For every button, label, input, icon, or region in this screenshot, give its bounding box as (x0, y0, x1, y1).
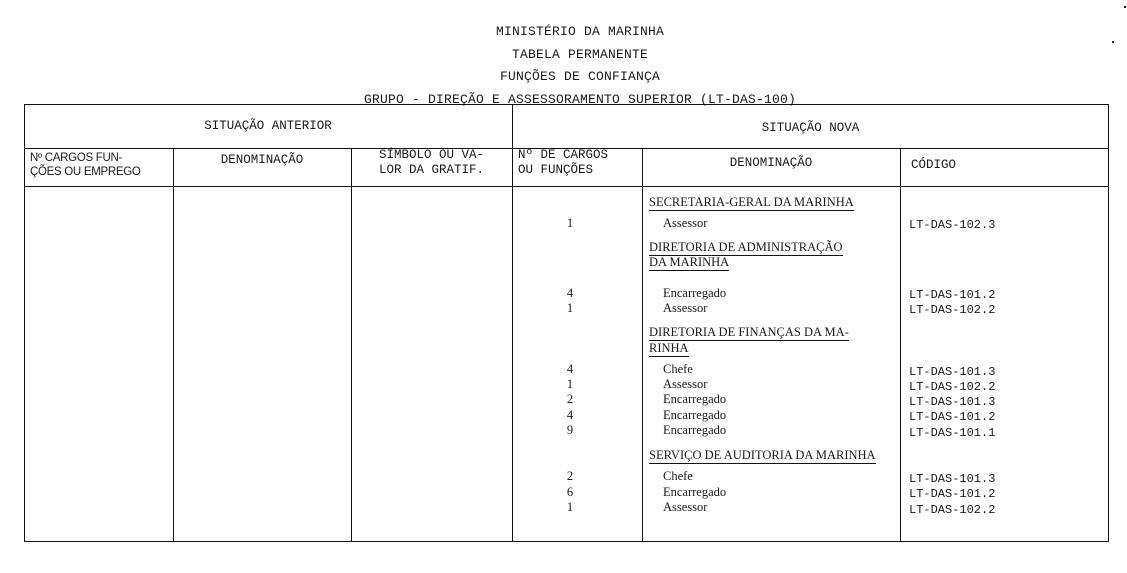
scan-mark (1112, 41, 1114, 43)
column-header-divider (24, 186, 1109, 187)
row-code: LT-DAS-101.2 (909, 410, 995, 426)
functions-title: FUNÇÕES DE CONFIANÇA (0, 66, 1127, 89)
row-role: Encarregado (663, 408, 726, 424)
row-count: 1 (555, 216, 585, 232)
col-header-anterior-denominacao: DENOMINAÇÃO (173, 153, 351, 168)
column-divider (900, 148, 901, 542)
org-heading: SERVIÇO DE AUDITORIA DA MARINHA (649, 448, 876, 464)
row-role: Encarregado (663, 392, 726, 408)
document-header: MINISTÉRIO DA MARINHA TABELA PERMANENTE … (0, 21, 1127, 111)
row-code: LT-DAS-101.2 (909, 288, 995, 304)
column-divider (351, 148, 352, 542)
row-count: 1 (555, 500, 585, 516)
row-role: Encarregado (663, 286, 726, 302)
row-role: Encarregado (663, 485, 726, 501)
row-code: LT-DAS-101.3 (909, 472, 995, 488)
row-count: 4 (555, 362, 585, 378)
col-header-anterior-simbolo: SÍMBOLO OU VA- LOR DA GRATIF. (351, 148, 512, 178)
row-role: Chefe (663, 362, 693, 378)
row-code: LT-DAS-101.2 (909, 487, 995, 503)
row-count: 1 (555, 377, 585, 393)
column-divider (642, 148, 643, 542)
row-code: LT-DAS-101.3 (909, 365, 995, 381)
org-heading: DIRETORIA DE ADMINISTRAÇÃO DA MARINHA (649, 240, 843, 271)
row-count: 2 (555, 469, 585, 485)
row-role: Assessor (663, 377, 707, 393)
row-count: 1 (555, 301, 585, 317)
column-divider (512, 104, 513, 542)
row-code: LT-DAS-102.3 (909, 218, 995, 234)
ministry-title: MINISTÉRIO DA MARINHA (0, 21, 1127, 44)
org-heading: SECRETARIA-GERAL DA MARINHA (649, 195, 854, 211)
row-code: LT-DAS-102.2 (909, 380, 995, 396)
row-count: 4 (555, 408, 585, 424)
row-code: LT-DAS-102.2 (909, 303, 995, 319)
row-code: LT-DAS-101.3 (909, 395, 995, 411)
row-role: Assessor (663, 500, 707, 516)
situacao-anterior-title: SITUAÇÃO ANTERIOR (24, 119, 512, 134)
row-role: Encarregado (663, 423, 726, 439)
col-header-nova-count: Nº DE CARGOS OU FUNÇÕES (518, 148, 608, 178)
table-title: TABELA PERMANENTE (0, 44, 1127, 67)
row-count: 4 (555, 286, 585, 302)
row-role: Assessor (663, 216, 707, 232)
col-header-nova-codigo: CÓDIGO (911, 158, 956, 173)
situacao-nova-title: SITUAÇÃO NOVA (512, 121, 1109, 136)
row-role: Assessor (663, 301, 707, 317)
scan-mark (1124, 6, 1126, 8)
row-code: LT-DAS-102.2 (909, 503, 995, 519)
row-role: Chefe (663, 469, 693, 485)
row-count: 2 (555, 392, 585, 408)
col-header-anterior-count: Nº CARGOS FUN- ÇÕES OU EMPREGO (30, 151, 141, 179)
row-count: 9 (555, 423, 585, 439)
org-heading: DIRETORIA DE FINANÇAS DA MA- RINHA (649, 325, 849, 357)
row-count: 6 (555, 485, 585, 501)
col-header-nova-denominacao: DENOMINAÇÃO (642, 156, 900, 171)
column-divider (173, 148, 174, 542)
row-code: LT-DAS-101.1 (909, 426, 995, 442)
